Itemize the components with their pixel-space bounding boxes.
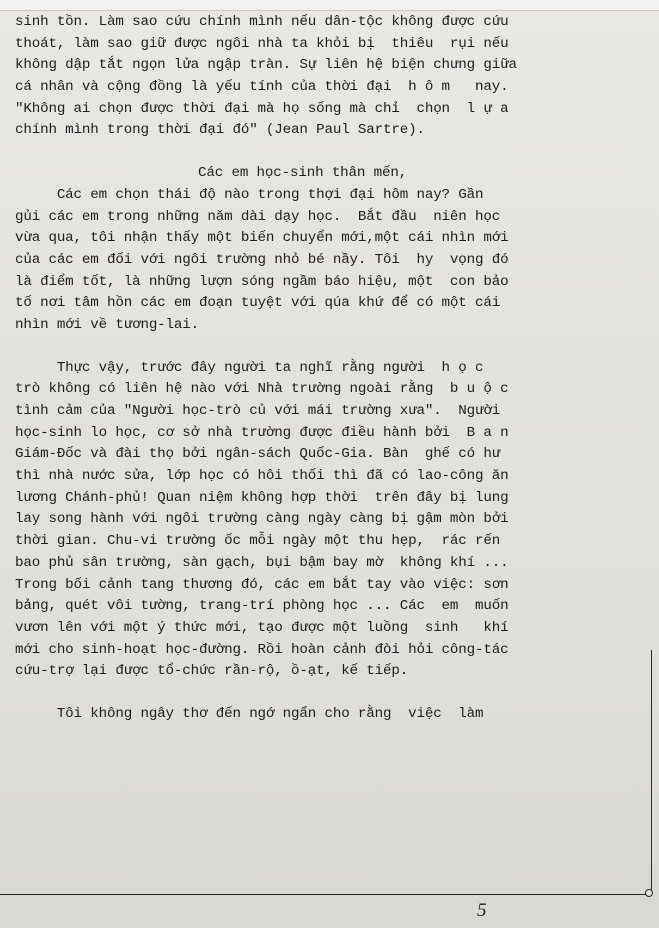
paragraph-2: Các em chọn thái độ nào trong thợi đại h…: [15, 185, 640, 337]
salutation: Các em học-sinh thân mến,: [15, 163, 640, 185]
paragraph-gap: [15, 683, 640, 704]
text-line: lay song hành với ngôi trường càng ngày …: [15, 509, 640, 531]
page-top-edge: [0, 0, 659, 11]
text-line: trò không có liên hệ nào với Nhà trường …: [15, 379, 640, 401]
text-line: sinh tồn. Làm sao cứu chính mình nếu dân…: [15, 12, 640, 34]
text-line: vừa qua, tôi nhận thấy một biến chuyển m…: [15, 228, 640, 250]
text-line: chính mình trong thời đại đó" (Jean Paul…: [15, 120, 640, 142]
text-line: Các em chọn thái độ nào trong thợi đại h…: [15, 185, 640, 207]
text-line: "Không ai chọn được thời đại mà họ sống …: [15, 99, 640, 121]
text-line: Thực vậy, trước đây người ta nghĩ rằng n…: [15, 358, 640, 380]
text-line: vươn lên với một ý thức mới, tạo được mộ…: [15, 618, 640, 640]
text-line: gủi các em trong những năm dài dạy học. …: [15, 207, 640, 229]
text-line: mới cho sinh-hoạt học-đường. Rồi hoàn cả…: [15, 640, 640, 662]
paragraph-gap: [15, 337, 640, 358]
text-line: bảng, quét vôi tường, trang-trí phòng họ…: [15, 596, 640, 618]
text-line: là điểm tốt, là những lượn sóng ngầm báo…: [15, 272, 640, 294]
frame-corner-ornament: [645, 889, 653, 897]
paragraph-3: Thực vậy, trước đây người ta nghĩ rằng n…: [15, 358, 640, 683]
text-line: cứu-trợ lại được tổ-chức rần-rộ, ồ-ạt, k…: [15, 661, 640, 683]
paragraph-4: Tôi không ngây thơ đến ngớ ngẩn cho rằng…: [15, 704, 640, 726]
document-page: sinh tồn. Làm sao cứu chính mình nếu dân…: [0, 0, 659, 928]
text-line: không dập tắt ngọn lửa ngập tràn. Sự liê…: [15, 55, 640, 77]
text-line: học-sinh lo học, cơ sở nhà trường được đ…: [15, 423, 640, 445]
text-line: tình cảm của "Người học-trò củ với mái t…: [15, 401, 640, 423]
document-body: sinh tồn. Làm sao cứu chính mình nếu dân…: [15, 12, 640, 726]
text-line: Giám-Đốc và đài thọ bởi ngân-sách Quốc-G…: [15, 444, 640, 466]
text-line: lương Chánh-phủ! Quan niệm không hợp thờ…: [15, 488, 640, 510]
text-line: thoát, làm sao giữ được ngôi nhà ta khỏi…: [15, 34, 640, 56]
text-line: tố nơi tâm hồn các em đoạn tuyệt với qúa…: [15, 293, 640, 315]
text-line: cá nhân và cộng đồng là yếu tính của thờ…: [15, 77, 640, 99]
paragraph-gap: [15, 142, 640, 163]
text-line: Trong bối cảnh tang thương đó, các em bắ…: [15, 575, 640, 597]
page-frame-right-rule: [651, 650, 652, 894]
text-line: thì nhà nước sửa, lớp học có hôi thối th…: [15, 466, 640, 488]
text-line: nhìn mới về tương-lai.: [15, 315, 640, 337]
page-number: 5: [477, 900, 487, 922]
paragraph-1: sinh tồn. Làm sao cứu chính mình nếu dân…: [15, 12, 640, 142]
text-line: thời gian. Chu-vi trường ốc mỗi ngày một…: [15, 531, 640, 553]
text-line: của các em đối với ngôi trường nhỏ bé nầ…: [15, 250, 640, 272]
page-frame-bottom-rule: [0, 894, 646, 895]
text-line: Tôi không ngây thơ đến ngớ ngẩn cho rằng…: [15, 704, 640, 726]
text-line: bao phủ sân trường, sàn gạch, bụi bậm ba…: [15, 553, 640, 575]
